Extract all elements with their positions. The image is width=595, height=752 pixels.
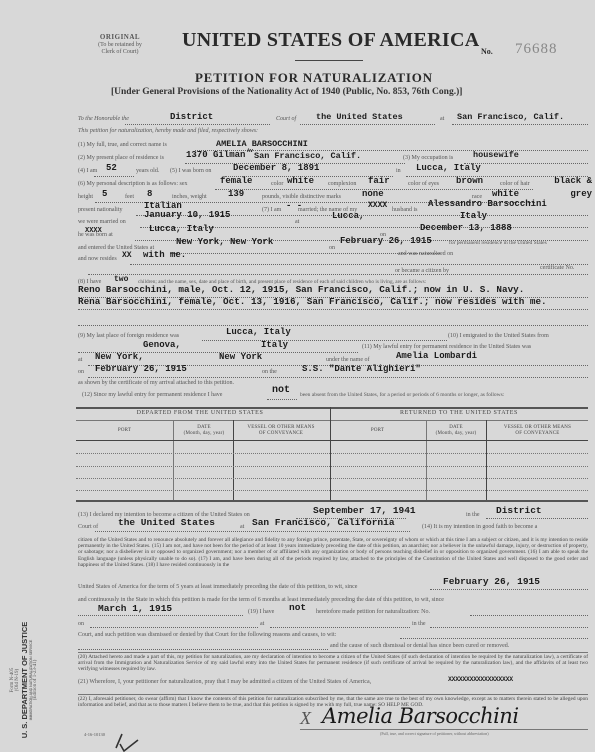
foreign-residence: Lucca, Italy xyxy=(226,327,291,337)
court-of-label: Court of xyxy=(276,116,296,122)
q19-suffix: heretofore made petition for naturalizat… xyxy=(316,609,430,615)
q4-label: (4) I am xyxy=(78,168,97,174)
sex: female xyxy=(220,176,252,186)
absence-table xyxy=(76,407,588,500)
race: white xyxy=(492,189,519,199)
table-row-line xyxy=(76,453,588,454)
complexion-label: complexion xyxy=(328,181,356,187)
certificate-line xyxy=(88,274,588,275)
occupation: housewife xyxy=(473,150,519,160)
height-feet: 5 xyxy=(102,189,107,199)
petition-intro: This petition for naturalization, hereby… xyxy=(78,128,258,134)
q3-label: (3) My occupation is xyxy=(403,155,453,161)
occupation-line xyxy=(464,163,588,164)
age-line xyxy=(94,176,134,177)
form-sidebar: Form N-405 (Old N-19) U. S. DEPARTMENT O… xyxy=(10,620,38,740)
under-name-label: under the name of xyxy=(326,357,369,363)
birth-in-label: in xyxy=(396,168,401,174)
spouse-birth-date: December 13, 1888 xyxy=(420,223,512,233)
court-of-label-2: Court of xyxy=(78,524,98,530)
table-row-line xyxy=(76,478,588,479)
department-name: U. S. DEPARTMENT OF JUSTICE xyxy=(20,620,29,740)
resides-value: with me. xyxy=(143,250,186,260)
inches-label: inches, weight xyxy=(172,194,207,200)
spouse-entry-date: February 26, 1915 xyxy=(340,236,432,246)
original-note-1: (To be retained by xyxy=(78,42,162,48)
marriage-at-label: at xyxy=(295,219,299,225)
resides-xx: XX xyxy=(122,251,132,260)
certificate-label: certificate No. xyxy=(540,265,574,271)
dismissed-line xyxy=(400,638,588,639)
prior-on-line xyxy=(90,627,258,628)
color: white xyxy=(287,176,314,186)
feet-label: feet xyxy=(125,194,134,200)
dismissed-text: Court, and such petition was dismissed o… xyxy=(78,632,336,638)
q21-text: (21) Wherefore, I, your petitioner for n… xyxy=(78,679,371,685)
entry-on-label: on xyxy=(329,245,335,251)
on-vessel-label: on the xyxy=(262,369,277,375)
prior-court-line xyxy=(430,627,588,628)
entry-at-label: at xyxy=(78,357,82,363)
declaration-location-line xyxy=(95,531,410,532)
court-type: District xyxy=(170,112,213,122)
print-code: 4-16-10130 xyxy=(84,732,105,737)
entry-date-line xyxy=(88,377,588,378)
q10-label: (10) I emigrated to the United States fr… xyxy=(448,333,549,339)
spouse-entry-place: New York, New York xyxy=(176,237,273,247)
edition-date: (Edition of 1-23-41) xyxy=(33,620,38,740)
declaration-location: San Francisco, California xyxy=(252,517,395,528)
residence-city: San Francisco, Calif. xyxy=(254,151,361,161)
complexion: fair xyxy=(368,176,390,186)
weight: 139 xyxy=(228,189,244,199)
child-1: Reno Barsocchini, male, Oct. 12, 1915, S… xyxy=(78,284,524,295)
eyes: brown xyxy=(456,176,483,186)
residence-text: United States of America for the term of… xyxy=(78,584,357,590)
prior-petition-no-line xyxy=(470,615,588,616)
prior-petition: not xyxy=(289,602,306,613)
vessel: S.S. "Dante Alighieri" xyxy=(302,364,421,374)
marriage-date: January 10, 1915 xyxy=(144,210,230,220)
full-name: AMELIA BARSOCCHINI xyxy=(216,139,308,149)
entry-date: February 26, 1915 xyxy=(95,364,187,374)
absent-value: not xyxy=(272,385,290,396)
check-mark-icon xyxy=(112,728,142,752)
table-bottom-border xyxy=(76,500,588,502)
birth-date: December 8, 1891 xyxy=(233,163,319,173)
table-row-line xyxy=(76,490,588,491)
table-row-line xyxy=(76,466,588,467)
signature-caption: (Full, true, and correct signature of pe… xyxy=(380,731,489,736)
q20-paragraph: (20) Attached hereto and made a part of … xyxy=(78,652,588,673)
dismissed-line-2 xyxy=(78,649,328,650)
emigrated-from-city: Genova, xyxy=(143,340,181,350)
resides-label: and now resides xyxy=(78,256,117,262)
foreign-residence-line xyxy=(202,340,447,341)
spouse-xx: XXXX xyxy=(368,201,387,210)
table-header-bottom xyxy=(76,440,588,441)
petitioner-signature: Amelia Barsocchini xyxy=(322,704,519,728)
title-underline xyxy=(295,60,363,61)
spouse-name: Alessandro Barsocchini xyxy=(428,199,547,209)
original-label: ORIGINAL xyxy=(92,33,148,41)
absent-line xyxy=(267,399,297,400)
allegiance-paragraph: citizen of the United States and to reno… xyxy=(78,537,588,568)
residence-since: February 26, 1915 xyxy=(443,576,540,587)
entry-state: New York xyxy=(219,352,262,362)
court-name: the United States xyxy=(316,112,403,122)
original-note-2: Clerk of Court) xyxy=(78,49,162,55)
q5-label: (5) I was born on xyxy=(170,168,211,174)
marriage-country: Italy xyxy=(460,211,487,221)
residence-since-line xyxy=(430,589,588,590)
signature-mark: X xyxy=(300,708,311,729)
q12-suffix: been absent from the United States, for … xyxy=(300,392,504,398)
hair-label: color of hair xyxy=(500,181,530,187)
q12-label: (12) Since my lawful entry for permanent… xyxy=(82,392,222,398)
certificate-note: as shown by the certificate of my arriva… xyxy=(78,380,234,386)
eyes-label: color of eyes xyxy=(408,181,439,187)
color-label: color xyxy=(271,181,283,187)
naturalized-label: and was naturalized on xyxy=(398,251,453,257)
state-since-line xyxy=(78,615,243,616)
declaration-court: District xyxy=(496,505,542,516)
petition-number: 76688 xyxy=(515,41,558,58)
court-location-line xyxy=(452,124,588,125)
q2-label: (2) My present place of residence is xyxy=(78,155,164,161)
husband-label: husband is xyxy=(392,207,418,213)
court-name-line xyxy=(300,124,435,125)
q6-label: (6) My personal description is as follow… xyxy=(78,181,187,187)
provision-text: [Under General Provisions of the Nationa… xyxy=(111,87,462,97)
permanent-label: for permanent residence in the United St… xyxy=(449,240,547,246)
marriage-place: Lucca, xyxy=(332,211,364,221)
court-location: San Francisco, Calif. xyxy=(457,112,564,122)
married-on-label: we were married on xyxy=(78,219,126,225)
declaration-at-label: at xyxy=(240,524,244,530)
prior-in-the-label: in the xyxy=(412,621,426,627)
spouse-born-xx: XXXX xyxy=(85,227,102,235)
q9-label: (9) My last place of foreign residence w… xyxy=(78,333,179,339)
table-divider xyxy=(486,420,487,500)
marks: none xyxy=(362,189,384,199)
q7-label: (7) I am xyxy=(262,207,281,213)
q1-label: (1) My full, true, and correct name is xyxy=(78,142,167,148)
table-divider xyxy=(233,420,234,500)
prior-at-line xyxy=(270,627,410,628)
number-label: No. xyxy=(481,47,493,56)
children-count: two xyxy=(114,275,128,284)
entry-on-label-2: on xyxy=(78,369,84,375)
document-title: UNITED STATES OF AMERICA xyxy=(182,29,479,52)
age: 52 xyxy=(106,163,117,173)
prior-on-label: on xyxy=(78,621,84,627)
declaration-court-name: the United States xyxy=(118,517,215,528)
height-inches: 8 xyxy=(147,189,152,199)
birth-place: Lucca, Italy xyxy=(416,163,481,173)
cured-text: and the cause of such dismissal or denia… xyxy=(330,643,509,649)
hair: black & grey xyxy=(534,175,592,201)
height-label: height xyxy=(78,194,93,200)
entry-name: Amelia Lombardi xyxy=(396,351,477,361)
marks-label: pounds, visible distinctive marks xyxy=(262,194,341,200)
court-type-line xyxy=(125,124,270,125)
nationality-label: present nationality xyxy=(78,207,123,213)
residence-street: 1370 Gilman xyxy=(186,150,245,160)
emigrated-from-country: Italy xyxy=(261,340,288,350)
child-2: Rena Barsocchini, female, Oct. 13, 1916,… xyxy=(78,296,547,307)
entry-city: New York, xyxy=(95,352,144,362)
child-2-line xyxy=(78,309,588,310)
court-at-label: at xyxy=(440,116,444,122)
prior-at-label: at xyxy=(260,621,264,627)
to-honorable-label: To the Honorable the xyxy=(78,116,129,122)
q19-label: (19) I have xyxy=(248,609,274,615)
signature-line xyxy=(300,729,588,730)
age-suffix: years old. xyxy=(136,168,159,174)
q21-xx: XXXXXXXXXXXXXXXXXX xyxy=(448,676,513,683)
state-since: March 1, 1915 xyxy=(98,603,172,614)
declaration-date: September 17, 1941 xyxy=(313,505,416,516)
q14-label: (14) It is my intention in good faith to… xyxy=(422,524,537,530)
q11-label: (11) My lawful entry for permanent resid… xyxy=(362,344,531,350)
declaration-court-line xyxy=(486,518,588,519)
child-3-line xyxy=(78,325,588,326)
resides-line xyxy=(130,264,588,265)
table-divider xyxy=(173,420,174,500)
residence-annot: Av xyxy=(247,148,253,154)
naturalization-petition-page: ORIGINAL (To be retained by Clerk of Cou… xyxy=(0,0,595,752)
document-subtitle: PETITION FOR NATURALIZATION xyxy=(195,70,433,86)
in-the-label: in the xyxy=(466,512,480,518)
table-divider xyxy=(426,420,427,500)
spouse-birth-place: Lucca, Italy xyxy=(149,224,214,234)
